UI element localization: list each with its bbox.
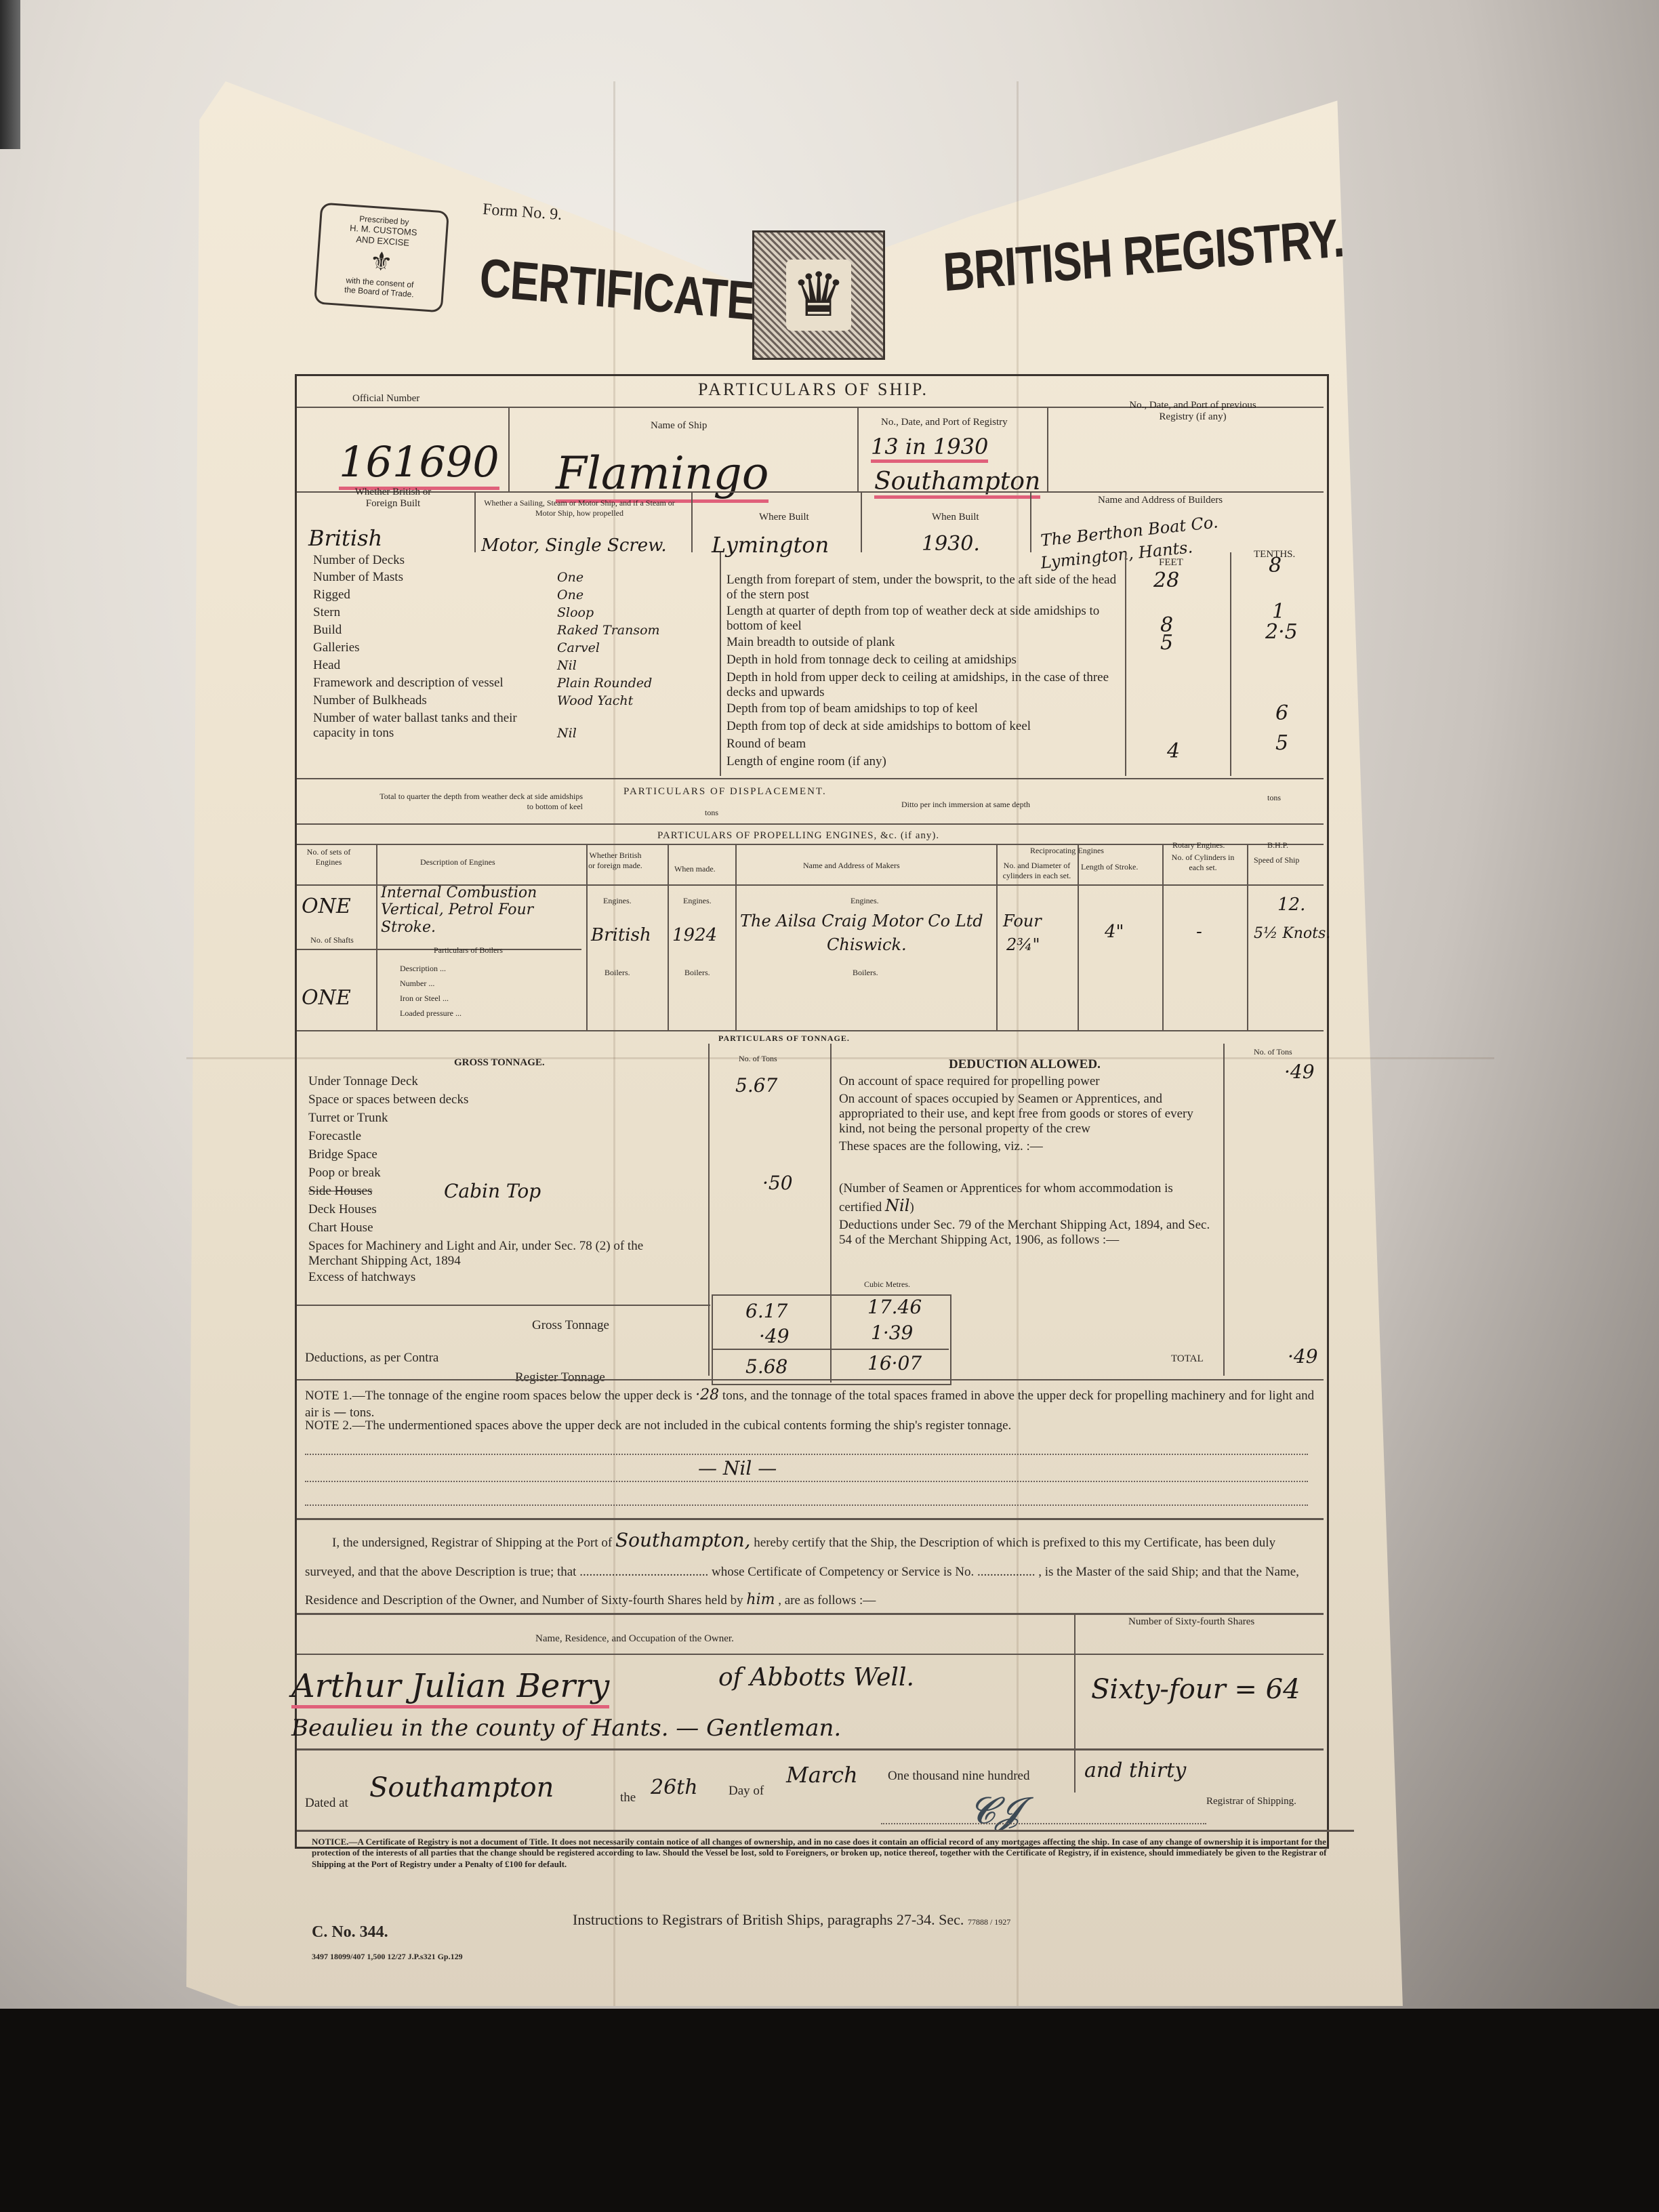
dated-day: 26th (651, 1776, 698, 1799)
total-value: ·49 (1288, 1345, 1318, 1368)
cubic-metres-label: Cubic Metres. (864, 1279, 910, 1290)
print-code: 3497 18099/407 1,500 12/27 J.P.s321 Gp.1… (312, 1952, 463, 1962)
detail-row: Framework and description of vessel Plai… (313, 676, 693, 693)
where-built-value: Lymington (712, 532, 829, 558)
gross-cubic-value: 17.46 (867, 1296, 922, 1318)
gross-row: Deck Houses (308, 1202, 708, 1221)
gross-row: Spaces for Machinery and Light and Air, … (308, 1239, 688, 1270)
section-title-displacement: PARTICULARS OF DISPLACEMENT. (623, 786, 827, 798)
registrar-signature: 𝓒𝓙 (969, 1789, 1021, 1832)
tons-header: No. of Tons (739, 1054, 777, 1064)
measurement-row: Length from forepart of stem, under the … (726, 573, 1357, 604)
dated-at-label: Dated at (305, 1796, 348, 1811)
deduction-row: Deductions under Sec. 79 of the Merchant… (839, 1218, 1218, 1248)
header-reciprocating: Reciprocating Engines (1030, 846, 1104, 856)
cylinders-value-2: 2¾" (1006, 935, 1040, 954)
detail-row: Number of water ballast tanks and their … (313, 711, 544, 742)
tons-header-2: No. of Tons (1254, 1047, 1292, 1057)
register-tonnage-label: Register Tonnage (515, 1370, 605, 1385)
label-official-number: Official Number (352, 393, 419, 405)
cylinders-value-1: Four (1003, 912, 1042, 930)
label-displacement-total: Total to quarter the depth from weather … (380, 792, 583, 812)
dated-month: March (786, 1762, 858, 1788)
the-label: the (620, 1790, 636, 1805)
engines-sublabel: Engines. (851, 896, 879, 906)
shares-header: Number of Sixty-fourth Shares (1128, 1616, 1254, 1628)
measurement-row: Depth from top of deck at side amidships… (726, 719, 1357, 737)
detail-row: Head Nil (313, 658, 693, 676)
deduct-cubic-value: 1·39 (871, 1322, 913, 1344)
label-previous-registry: No., Date, and Port of previous Registry… (1111, 400, 1274, 423)
power-value: 12. (1277, 895, 1305, 915)
boiler-fields: Description ... Number ... Iron or Steel… (400, 961, 462, 1021)
deduction-propelling-value: ·49 (1284, 1061, 1315, 1083)
boilers-sublabel: Boilers. (605, 968, 630, 978)
measurement-row: Length of engine room (if any)4 (726, 754, 1357, 772)
stroke-value: 4" (1105, 922, 1124, 942)
speed-value: 5½ Knots. (1254, 925, 1330, 942)
label-registry: No., Date, and Port of Registry (881, 417, 1044, 428)
header-power: B.H.P. (1267, 840, 1288, 851)
instructions-text: Instructions to Registrars of British Sh… (573, 1911, 1010, 1929)
section-title-tonnage: PARTICULARS OF TONNAGE. (718, 1033, 850, 1044)
section-title-particulars-of-ship: PARTICULARS OF SHIP. (637, 380, 989, 400)
header-sets: No. of sets of Engines (302, 847, 356, 867)
note-2: NOTE 2.—The undermentioned spaces above … (305, 1418, 1315, 1433)
gross-row: Forecastle (308, 1129, 708, 1147)
gross-tonnage-label: Gross Tonnage (532, 1318, 609, 1333)
ship-name-value: Flamingo (556, 447, 769, 503)
header-makers: Name and Address of Makers (803, 861, 900, 871)
header-speed: Speed of Ship (1254, 855, 1299, 865)
engine-maker-value-1: The Ailsa Craig Motor Co Ltd (740, 912, 983, 930)
label-when-built: When Built (932, 512, 979, 523)
deduction-row: (Number of Seamen or Apprentices for who… (839, 1181, 1218, 1215)
gross-tons-value: 6.17 (745, 1300, 787, 1322)
engines-sublabel: Engines. (683, 896, 712, 906)
total-label: TOTAL (1171, 1353, 1204, 1365)
gross-tonnage-list: Under Tonnage Deck5.67 Space or spaces b… (308, 1074, 708, 1288)
label-builders: Name and Address of Builders (1098, 495, 1223, 506)
label-name-of-ship: Name of Ship (651, 420, 707, 432)
deduction-row: On account of spaces occupied by Seamen … (839, 1092, 1218, 1136)
header-description: Description of Engines (420, 857, 495, 867)
measurement-row: Depth in hold from upper deck to ceiling… (726, 670, 1357, 701)
measurement-row: Length at quarter of depth from top of w… (726, 604, 1357, 635)
label-where-built: Where Built (759, 512, 809, 523)
detail-row: Galleries Carvel (313, 640, 693, 658)
owner-name: Arthur Julian Berry (291, 1667, 609, 1708)
measurements-table: Length from forepart of stem, under the … (726, 573, 1357, 772)
day-of-label: Day of (729, 1784, 764, 1799)
registrar-label: Registrar of Shipping. (1206, 1796, 1296, 1807)
deduct-tons-value: ·49 (759, 1325, 790, 1347)
header-stroke: Length of Stroke. (1081, 862, 1138, 872)
deduction-row: On account of space required for propell… (839, 1074, 1218, 1089)
header-rotary-cylinders: No. of Cylinders in each set. (1166, 853, 1240, 873)
register-tons-value: 5.68 (745, 1355, 787, 1378)
engine-maker-value-2: Chiswick. (827, 935, 907, 954)
dark-tabletop (0, 2009, 1659, 2212)
rotary-cylinders-value: - (1196, 922, 1202, 942)
coat-of-arms-icon: ♛ (752, 230, 885, 360)
label-tons-2: tons (1267, 793, 1281, 803)
notice-text: NOTICE.—A Certificate of Registry is not… (312, 1837, 1355, 1870)
detail-row: Number of Masts One (313, 570, 693, 588)
owner-residence-2: Beaulieu in the county of Hants. — Gentl… (291, 1715, 841, 1742)
boilers-sublabel: Boilers. (684, 968, 710, 978)
detail-row: Rigged One (313, 588, 693, 605)
gross-row: Side HousesCabin Top·50 (308, 1184, 708, 1202)
deductions-label: Deductions, as per Contra (305, 1351, 438, 1366)
official-number-value: 161690 (339, 437, 499, 490)
gross-row: Space or spaces between decks (308, 1092, 708, 1111)
label-ditto-immersion: Ditto per inch immersion at same depth (898, 800, 1033, 810)
dated-place: Southampton (369, 1772, 554, 1803)
label-propulsion: Whether a Sailing, Steam or Motor Ship, … (478, 498, 681, 518)
boiler-particulars-label: Particulars of Boilers (434, 945, 503, 956)
engine-year-value: 1924 (672, 925, 717, 945)
year-handwritten: and thirty (1084, 1759, 1186, 1782)
owner-residence-1: of Abbotts Well. (718, 1664, 914, 1692)
measurement-row: Depth from top of beam amidships to top … (726, 701, 1357, 719)
when-built-value: 1930. (922, 532, 980, 556)
gross-row: Under Tonnage Deck5.67 (308, 1074, 708, 1092)
feet-header: FEET (1159, 557, 1183, 569)
shares-value: Sixty-four = 64 (1091, 1674, 1300, 1705)
note-2-value: — Nil — (698, 1457, 777, 1479)
header-when-made: When made. (674, 864, 716, 874)
year-printed: One thousand nine hundred (888, 1769, 1029, 1784)
detail-row: Build Raked Transom (313, 623, 693, 640)
gross-row: Turret or Trunk (308, 1111, 708, 1129)
engine-british-value: British (591, 925, 651, 945)
shafts-value: ONE (302, 986, 351, 1010)
measurement-row: Round of beam5 (726, 737, 1357, 754)
deduction-list: On account of space required for propell… (839, 1074, 1218, 1248)
detail-row: Number of Bulkheads Wood Yacht (313, 693, 693, 711)
engine-description-value: Internal Combustion Vertical, Petrol Fou… (381, 884, 584, 936)
section-title-engines: PARTICULARS OF PROPELLING ENGINES, &c. (… (657, 830, 939, 842)
gross-row: Chart House (308, 1221, 708, 1239)
gross-row: Excess of hatchways (308, 1270, 708, 1288)
label-tons: tons (705, 808, 718, 818)
gross-tonnage-title: GROSS TONNAGE. (454, 1057, 545, 1069)
shafts-label: No. of Shafts (305, 935, 359, 945)
c-number: C. No. 344. (312, 1923, 388, 1942)
engine-sets-value: ONE (302, 895, 351, 918)
label-british-foreign: Whether British or Foreign Built (339, 487, 447, 510)
gross-row: Bridge Space (308, 1147, 708, 1166)
detail-row: Number of Decks (313, 552, 693, 570)
registry-value-2: Southampton (874, 468, 1040, 499)
background-object (0, 0, 20, 149)
measurement-row: Main breadth to outside of plank52·5 (726, 635, 1357, 653)
register-cubic-value: 16·07 (867, 1352, 922, 1374)
owner-header: Name, Residence, and Occupation of the O… (535, 1633, 734, 1645)
header-british-foreign: Whether British or foreign made. (588, 851, 642, 871)
note-1: NOTE 1.—The tonnage of the engine room s… (305, 1386, 1315, 1420)
british-value: British (308, 525, 382, 551)
deduction-row: These spaces are the following, viz. :— (839, 1139, 1218, 1154)
ship-details-list: Number of Decks Number of Masts One Rigg… (313, 552, 693, 742)
detail-row: Stern Sloop (313, 605, 693, 623)
customs-stamp: Prescribed by H. M. CUSTOMS AND EXCISE ⚜… (314, 203, 449, 313)
header-rotary: Rotary Engines. (1172, 840, 1225, 851)
header-cylinders: No. and Diameter of cylinders in each se… (1000, 861, 1074, 881)
engines-sublabel: Engines. (603, 896, 632, 906)
registry-value-1: 13 in 1930 (871, 434, 988, 463)
measurement-row: Depth in hold from tonnage deck to ceili… (726, 653, 1357, 670)
boilers-sublabel: Boilers. (853, 968, 878, 978)
deduction-title: DEDUCTION ALLOWED. (949, 1057, 1101, 1072)
certification-text: I, the undersigned, Registrar of Shippin… (305, 1521, 1315, 1615)
